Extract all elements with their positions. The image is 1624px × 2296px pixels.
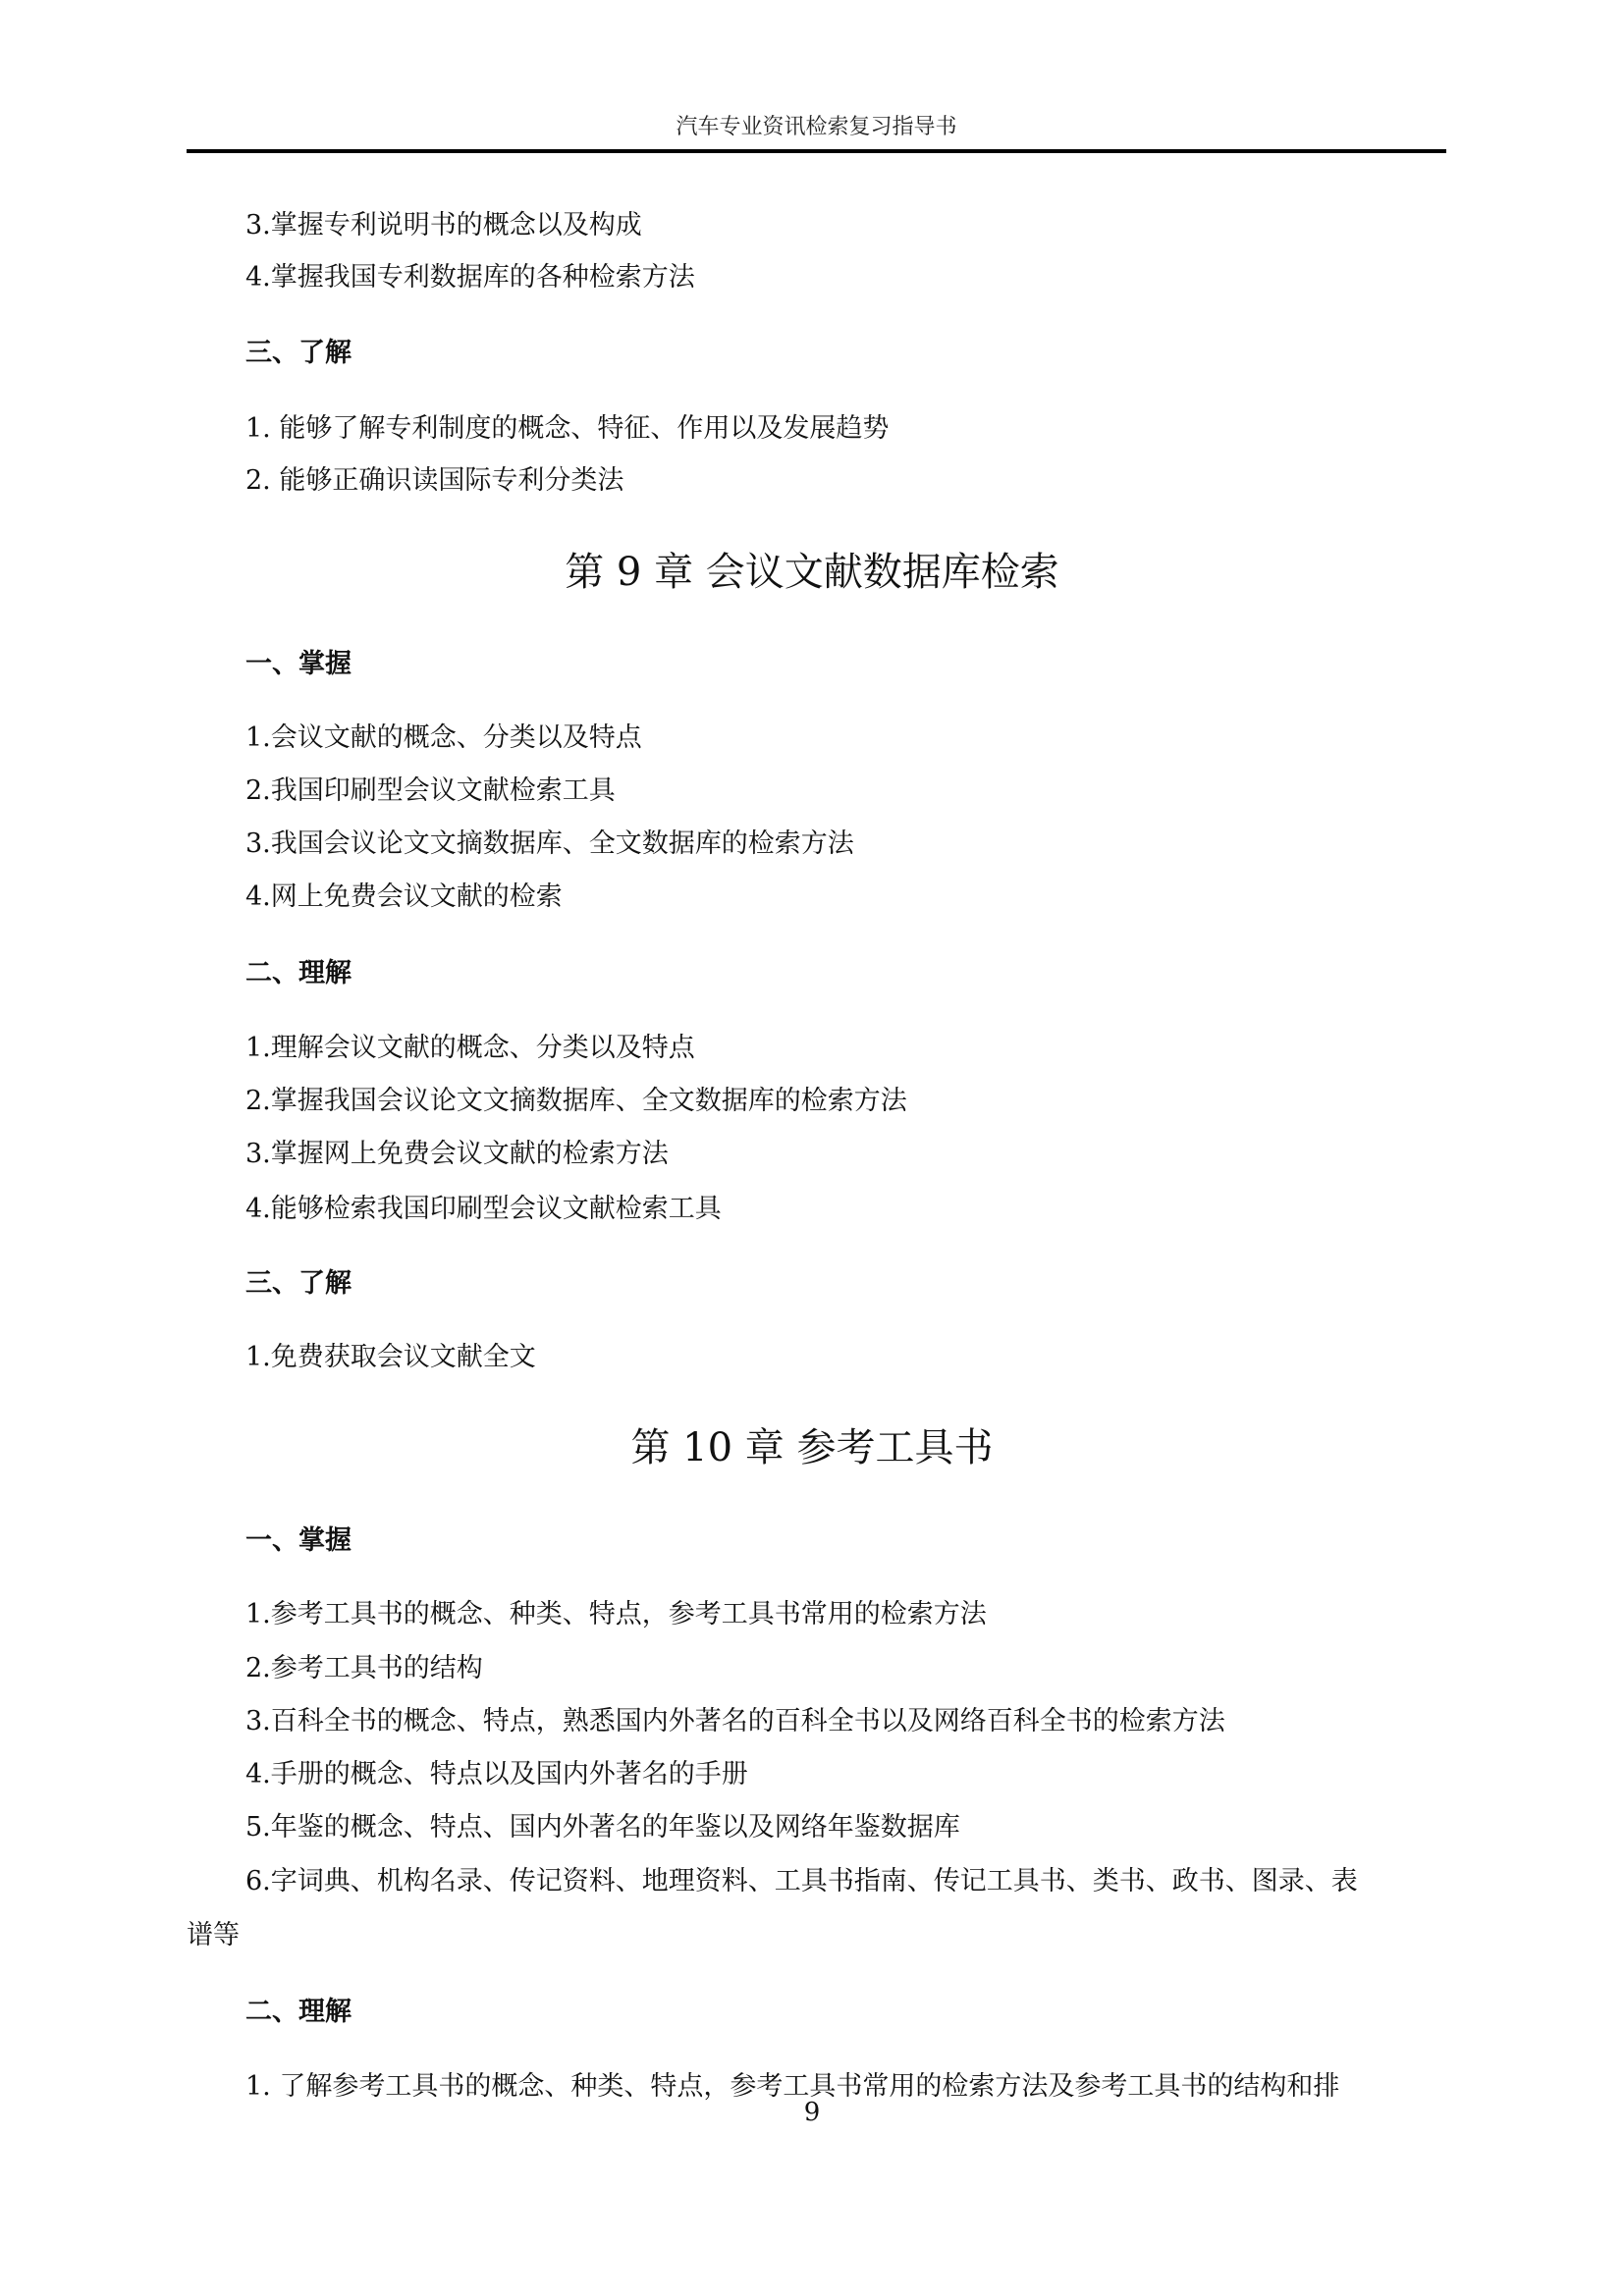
header-rule: [187, 149, 1446, 153]
list-item: 3.掌握网上免费会议文献的检索方法: [245, 1138, 669, 1171]
list-item: 6.字词典、机构名录、传记资料、地理资料、工具书指南、传记工具书、类书、政书、图…: [245, 1865, 1358, 1898]
list-item: 1. 能够了解专利制度的概念、特征、作用以及发展趋势: [245, 412, 889, 446]
section-heading: 二、理解: [245, 1996, 352, 2029]
list-item: 1.参考工具书的概念、种类、特点，参考工具书常用的检索方法: [245, 1598, 987, 1631]
list-item: 2. 能够正确识读国际专利分类法: [245, 464, 623, 498]
list-item: 5.年鉴的概念、特点、国内外著名的年鉴以及网络年鉴数据库: [245, 1811, 960, 1844]
list-item: 3.百科全书的概念、特点，熟悉国内外著名的百科全书以及网络百科全书的检索方法: [245, 1705, 1225, 1738]
list-item: 1.理解会议文献的概念、分类以及特点: [245, 1032, 695, 1065]
section-heading: 一、掌握: [245, 1524, 352, 1558]
list-item: 4.手册的概念、特点以及国内外著名的手册: [245, 1758, 748, 1791]
list-item: 3.掌握专利说明书的概念以及构成: [245, 209, 642, 242]
list-item: 1.免费获取会议文献全文: [245, 1341, 536, 1374]
list-item: 1.会议文献的概念、分类以及特点: [245, 721, 642, 755]
section-heading: 三、了解: [245, 1267, 352, 1301]
chapter-title: 第 9 章 会议文献数据库检索: [0, 548, 1624, 597]
list-item: 2.我国印刷型会议文献检索工具: [245, 774, 616, 808]
list-item: 2.参考工具书的结构: [245, 1652, 483, 1685]
running-header: 汽车专业资讯检索复习指导书: [187, 110, 1446, 140]
list-item: 4.能够检索我国印刷型会议文献检索工具: [245, 1193, 722, 1226]
page-number: 9: [0, 2098, 1624, 2127]
list-item: 4.掌握我国专利数据库的各种检索方法: [245, 261, 695, 294]
list-item: 3.我国会议论文文摘数据库、全文数据库的检索方法: [245, 828, 854, 861]
list-item-continuation: 谱等: [187, 1919, 240, 1952]
section-heading: 一、掌握: [245, 648, 352, 681]
section-heading: 三、了解: [245, 337, 352, 370]
list-item: 4.网上免费会议文献的检索: [245, 881, 563, 914]
chapter-title: 第 10 章 参考工具书: [0, 1423, 1624, 1472]
list-item: 2.掌握我国会议论文文摘数据库、全文数据库的检索方法: [245, 1085, 907, 1118]
section-heading: 二、理解: [245, 957, 352, 990]
